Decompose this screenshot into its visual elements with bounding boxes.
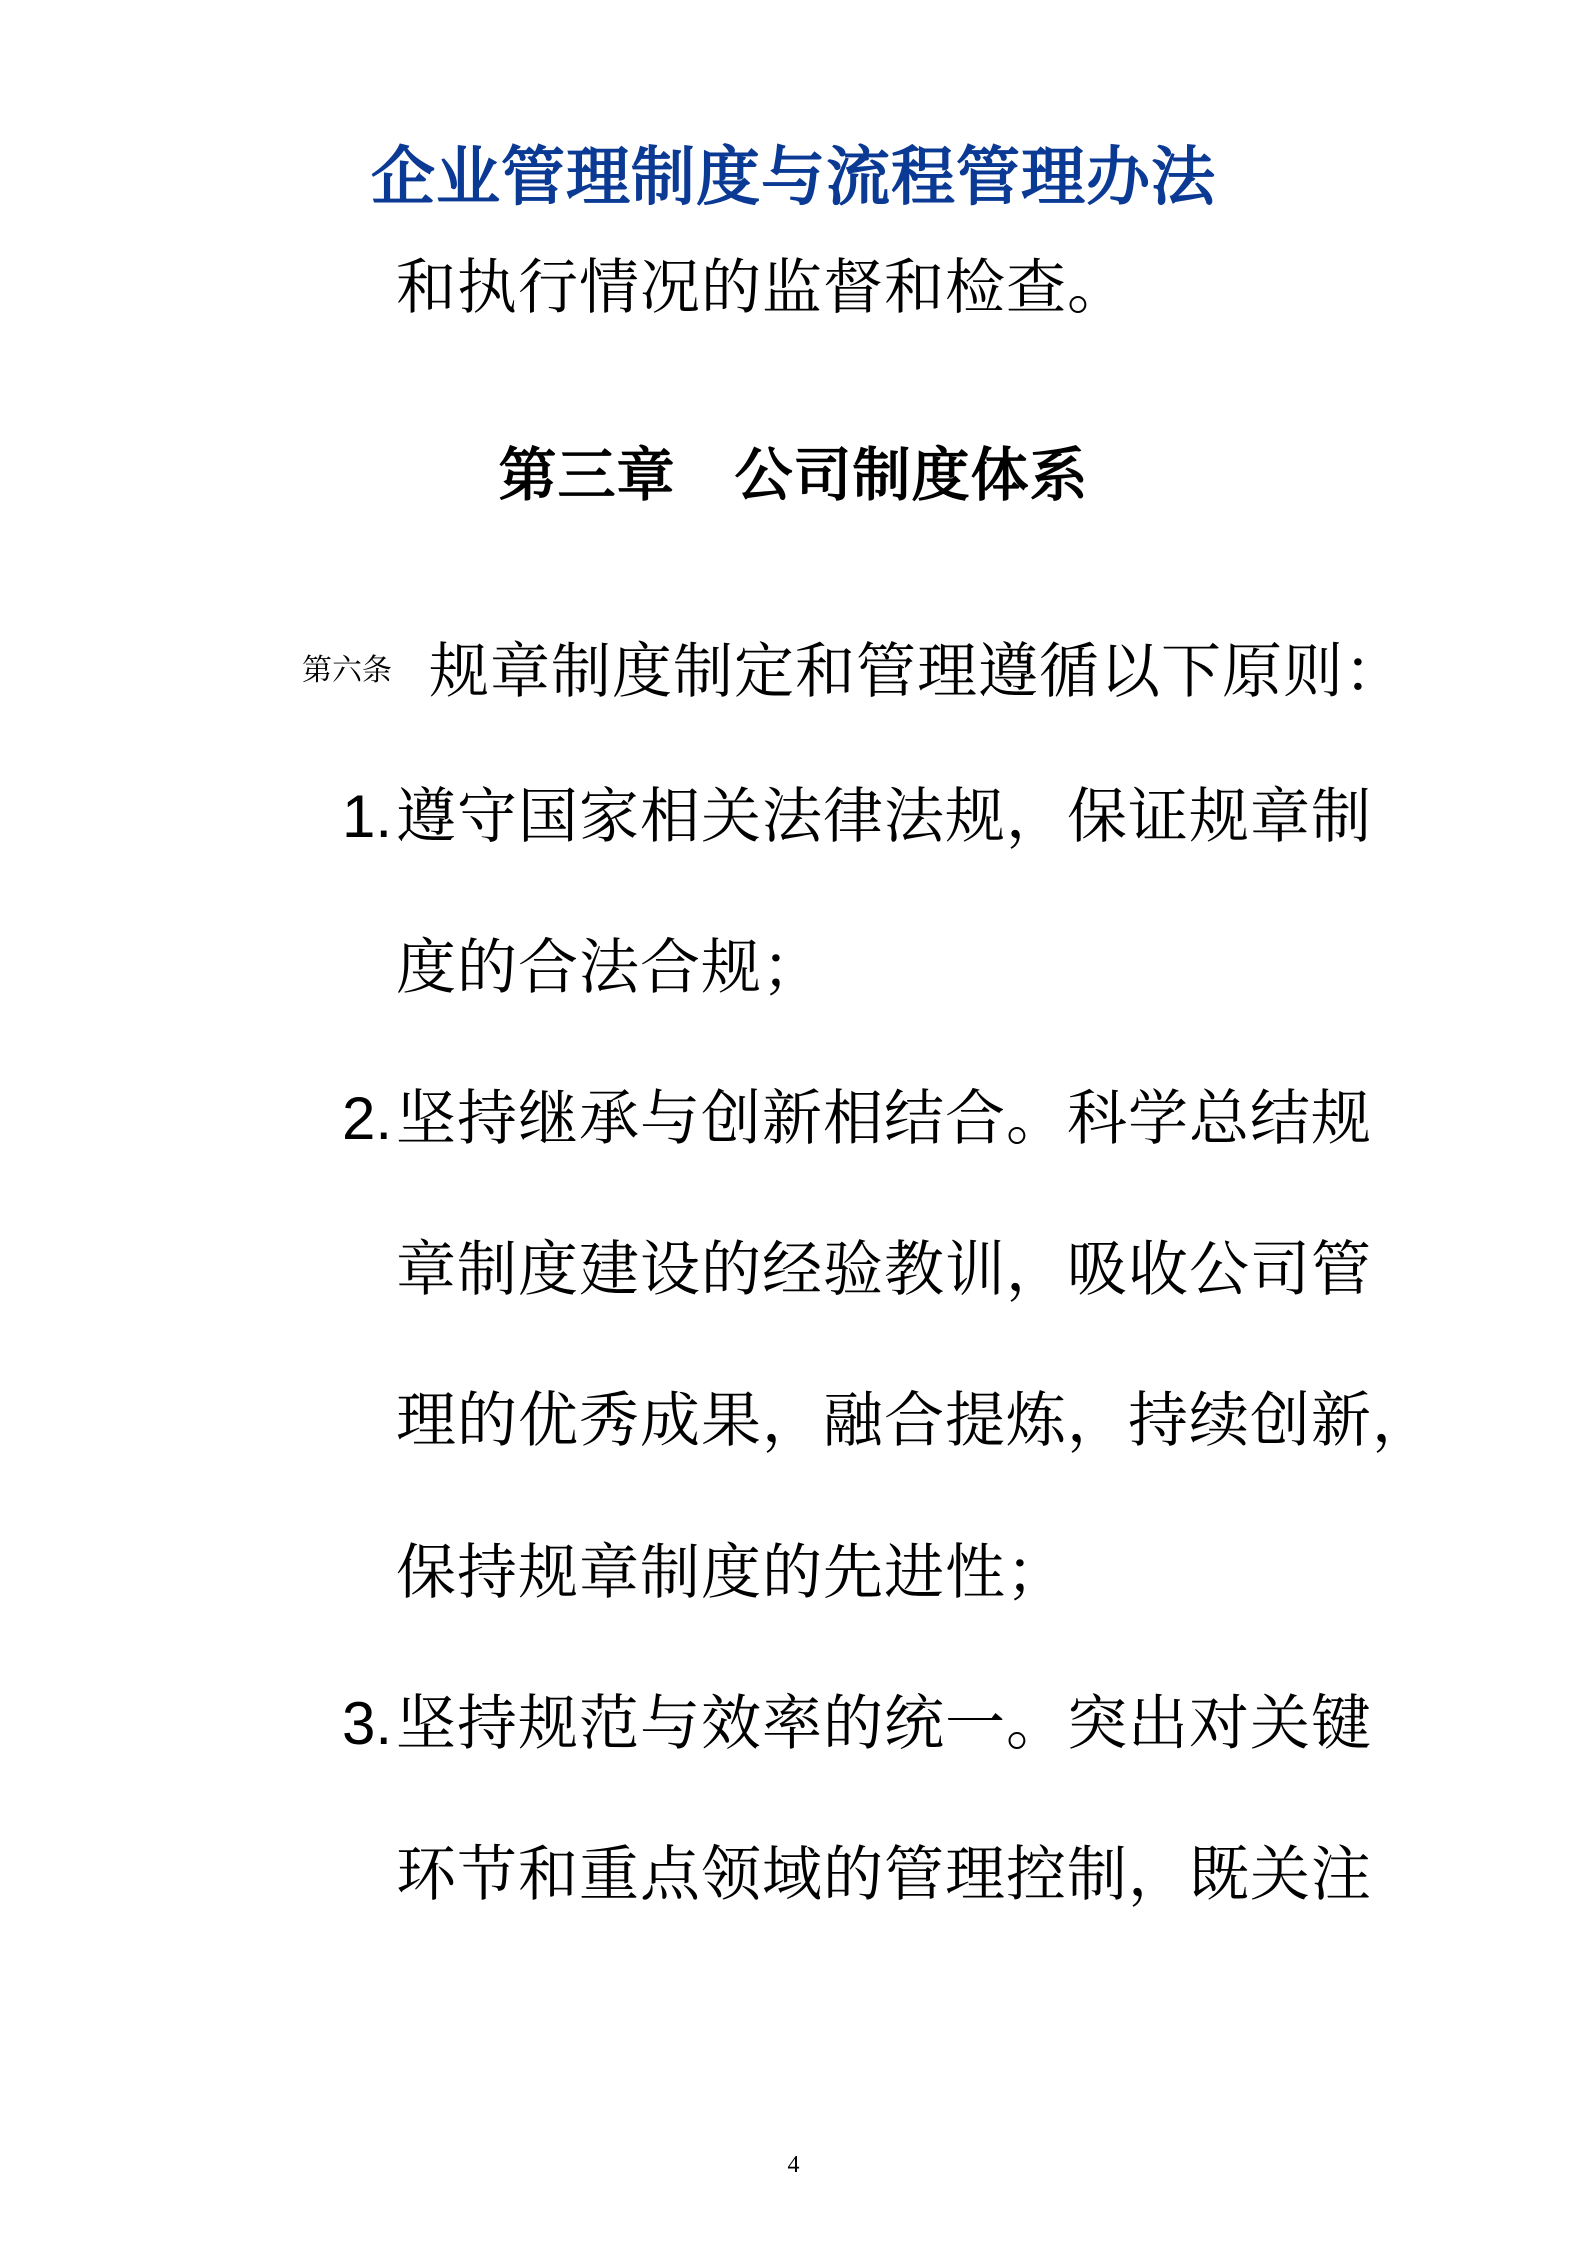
document-title: 企业管理制度与流程管理办法 <box>0 146 1587 210</box>
chapter-heading: 第三章 公司制度体系 <box>0 446 1587 504</box>
list-item-number: 1. <box>342 787 392 847</box>
list-item-line: 环节和重点领域的管理控制，既关注 <box>396 1845 1372 1905</box>
list-item-line: 坚持继承与创新相结合。科学总结规 <box>396 1089 1372 1149</box>
list-item-line: 遵守国家相关法律法规，保证规章制 <box>396 787 1372 847</box>
list-item-number: 3. <box>342 1694 392 1754</box>
list-item-line: 坚持规范与效率的统一。突出对关键 <box>396 1694 1372 1754</box>
carry-over-text: 和执行情况的监督和检查。 <box>396 258 1128 318</box>
list-item-line: 保持规章制度的先进性； <box>396 1543 1067 1603</box>
article-text: 规章制度制定和管理遵循以下原则： <box>429 642 1405 702</box>
page-number: 4 <box>0 2153 1587 2177</box>
list-item-line: 度的合法合规； <box>396 938 823 998</box>
list-item-line: 章制度建设的经验教训，吸收公司管 <box>396 1240 1372 1300</box>
list-item-number: 2. <box>342 1089 392 1149</box>
article-label: 第六条 <box>302 656 392 686</box>
list-item-line: 理的优秀成果，融合提炼，持续创新， <box>396 1391 1433 1451</box>
